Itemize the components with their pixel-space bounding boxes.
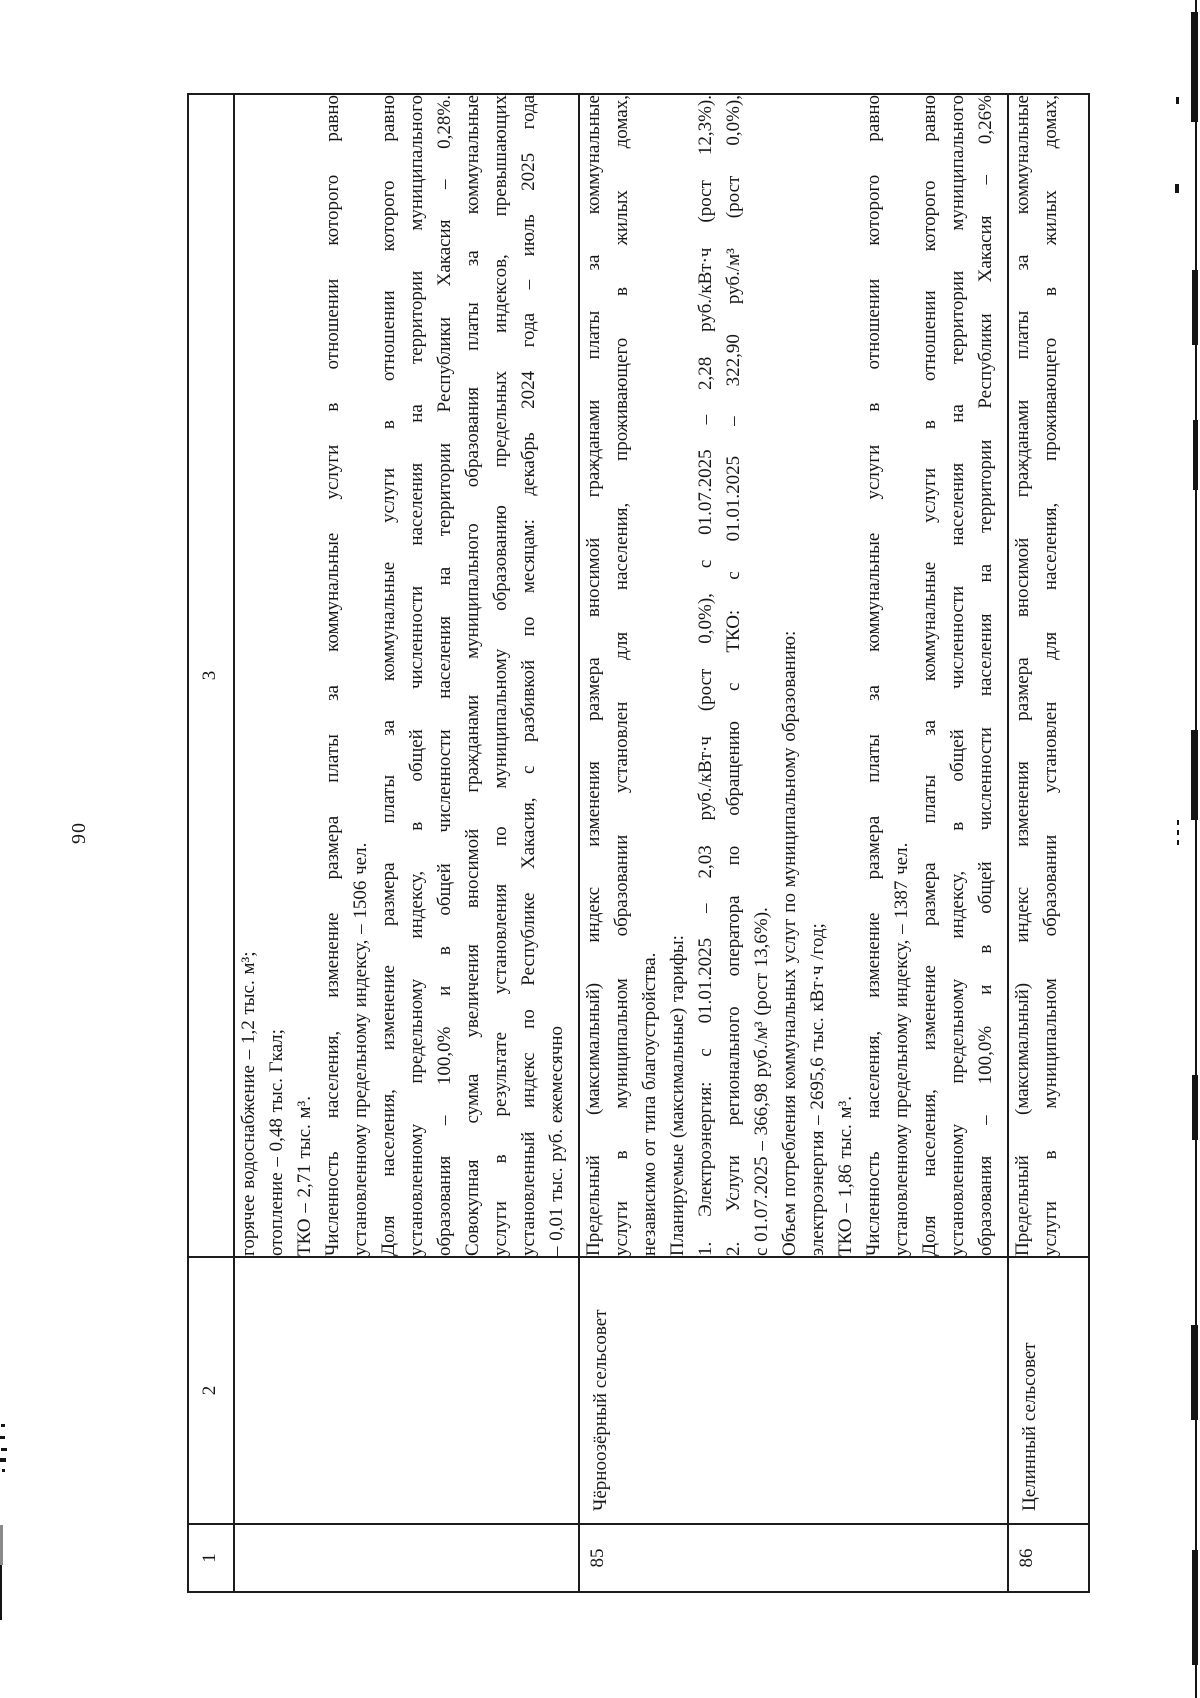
content-line: независимо от типа благоустройства. [636,95,664,1256]
content-line: ТКО – 2,71 тыс. м³. [291,95,319,1256]
scan-noise-dot [1177,840,1179,845]
content-line: услуги в муниципальном образовании устан… [608,95,636,1256]
table-row-86: 86 Целинный сельсовет Предельный (максим… [1008,94,1089,1592]
content-line: установленному предельному индексу, в об… [403,95,431,1256]
column-header-1: 1 [188,1524,234,1592]
scan-noise-mark [1193,420,1198,490]
table-row-continuation: горячее водоснабжение – 1,2 тыс. м³; ото… [234,94,579,1592]
content-line: Численность населения, изменение размера… [319,95,347,1256]
content-line: отопление – 0,48 тыс. Гкал; [263,95,291,1256]
content-line: Предельный (максимальный) индекс изменен… [1009,95,1037,1256]
content-cell: Предельный (максимальный) индекс изменен… [1008,94,1089,1257]
scan-noise-left-streak [0,1565,2,1620]
row-number-cell [234,1524,579,1592]
content-line: образования – 100,0% и в общей численнос… [972,95,1000,1256]
column-header-2: 2 [188,1257,234,1524]
rotated-page-content: 90 1 2 3 горячее водоснабжение – 1,2 тыс… [0,0,1200,1698]
content-line: установленному предельному индексу, – 15… [347,95,375,1256]
content-line: образования – 100,0% и в общей численнос… [431,95,459,1256]
municipality-name: Целинный сельсовет [1009,1300,1044,1523]
content-line: Доля населения, изменение размера платы … [375,95,403,1256]
municipality-cell: Чёрноозёрный сельсовет [579,1257,1008,1524]
content-line: Доля населения, изменение размера платы … [916,95,944,1256]
scan-noise-dot [0,1436,5,1439]
content-line: Численность населения, изменение размера… [860,95,888,1256]
content-line: – 0,01 тыс. руб. ежемесячно [543,95,571,1256]
scan-noise-mark [1191,1325,1198,1420]
content-line: Объем потребления коммунальных услуг по … [776,95,804,1256]
row-number: 86 [1009,1525,1038,1591]
scan-noise-mark [1192,1550,1198,1665]
content-line: ТКО – 1,86 тыс. м³. [832,95,860,1256]
scan-noise-mark [1191,730,1198,820]
municipality-cell [234,1257,579,1524]
content-line: услуги в результате установления по муни… [487,95,515,1256]
scan-noise-mark [1192,1075,1198,1140]
content-line: Планируемые (максимальные) тарифы: [664,95,692,1256]
scan-noise-right-streak [1195,0,1197,1698]
row-number: 85 [580,1525,609,1591]
scan-noise-dot [1177,830,1179,835]
scan-noise-left-streak [0,1525,3,1565]
scan-noise-dot [1177,820,1179,825]
content-line: электроэнергия – 2695,6 тыс. кВт·ч /год; [804,95,832,1256]
municipality-name: Чёрноозёрный сельсовет [580,1300,615,1523]
row-number-cell: 86 [1008,1524,1089,1592]
content-line: горячее водоснабжение – 1,2 тыс. м³; [235,95,263,1256]
table-row-85: 85 Чёрноозёрный сельсовет Предельный (ма… [579,94,1008,1592]
row-number [235,1525,242,1591]
scan-noise-dot [1,1448,7,1451]
row-number-cell: 85 [579,1524,1008,1592]
content-line: Совокупная сумма увеличения вносимой гра… [459,95,487,1256]
content-cell: Предельный (максимальный) индекс изменен… [579,94,1008,1257]
content-line: установленному предельному индексу, – 13… [888,95,916,1256]
content-line: установленному предельному индексу, в об… [944,95,972,1256]
scan-noise-mark [1191,12,1198,122]
content-line: установленный индекс по Республике Хакас… [515,95,543,1256]
scan-noise-mark [1192,270,1198,345]
scan-noise-dot [1,1424,5,1427]
content-cell: горячее водоснабжение – 1,2 тыс. м³; ото… [234,94,579,1257]
content-line: услуги в муниципальном образовании устан… [1037,95,1065,1256]
column-header-3: 3 [188,94,234,1257]
content-line: 2. Услуги регионального оператора по обр… [720,95,748,1256]
municipality-cell: Целинный сельсовет [1008,1257,1089,1524]
scan-noise-dot [2,1469,5,1472]
municipality-name [235,1300,242,1523]
content-line: с 01.07.2025 – 366,98 руб./м³ (рост 13,6… [748,95,776,1256]
scanned-document-page: 90 1 2 3 горячее водоснабжение – 1,2 тыс… [0,0,1200,1698]
scan-noise-dot [1175,184,1179,193]
utility-index-table: 1 2 3 горячее водоснабжение – 1,2 тыс. м… [187,93,1090,1593]
content-line: 1. Электроэнергия: с 01.01.2025 – 2,03 р… [692,95,720,1256]
scan-noise-dot [1176,97,1179,104]
page-number: 90 [68,758,91,908]
content-line: Предельный (максимальный) индекс изменен… [580,95,608,1256]
table-header-row: 1 2 3 [188,94,234,1592]
scan-noise-dot [0,1458,6,1462]
